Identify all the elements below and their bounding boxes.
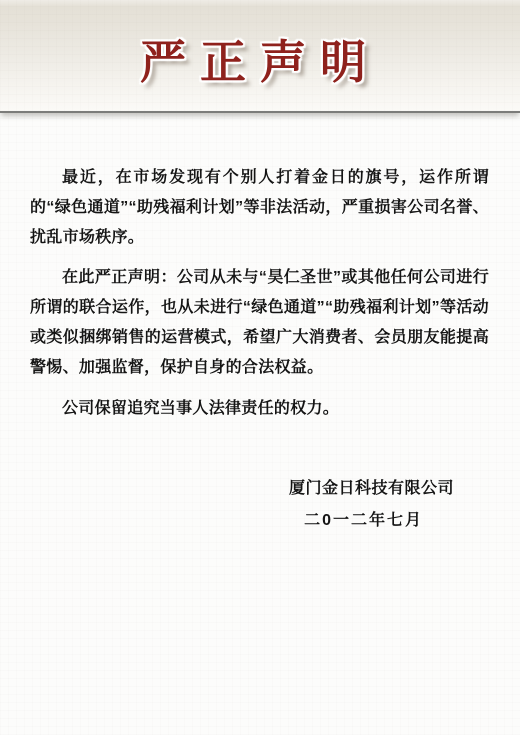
document-header-band: 严正声明 [0, 0, 520, 113]
statement-title: 严正声明 [0, 26, 520, 92]
statement-body: 最近，在市场发现有个别人打着金日的旗号，运作所谓的“绿色通道”“助残福利计划”等… [0, 113, 520, 537]
company-name: 厦门金日科技有限公司 [30, 474, 489, 504]
paragraph-declaration: 在此严正声明：公司从未与“昊仁圣世”或其他任何公司进行所谓的联合运作，也从未进行… [30, 263, 489, 383]
signature-block: 厦门金日科技有限公司 二0一二年七月 [30, 474, 489, 537]
paragraph-market-warning: 最近，在市场发现有个别人打着金日的旗号，运作所谓的“绿色通道”“助残福利计划”等… [30, 163, 489, 253]
statement-document: 严正声明 最近，在市场发现有个别人打着金日的旗号，运作所谓的“绿色通道”“助残福… [0, 0, 520, 735]
statement-date: 二0一二年七月 [30, 504, 489, 537]
paragraph-legal-rights: 公司保留追究当事人法律责任的权力。 [30, 394, 489, 424]
